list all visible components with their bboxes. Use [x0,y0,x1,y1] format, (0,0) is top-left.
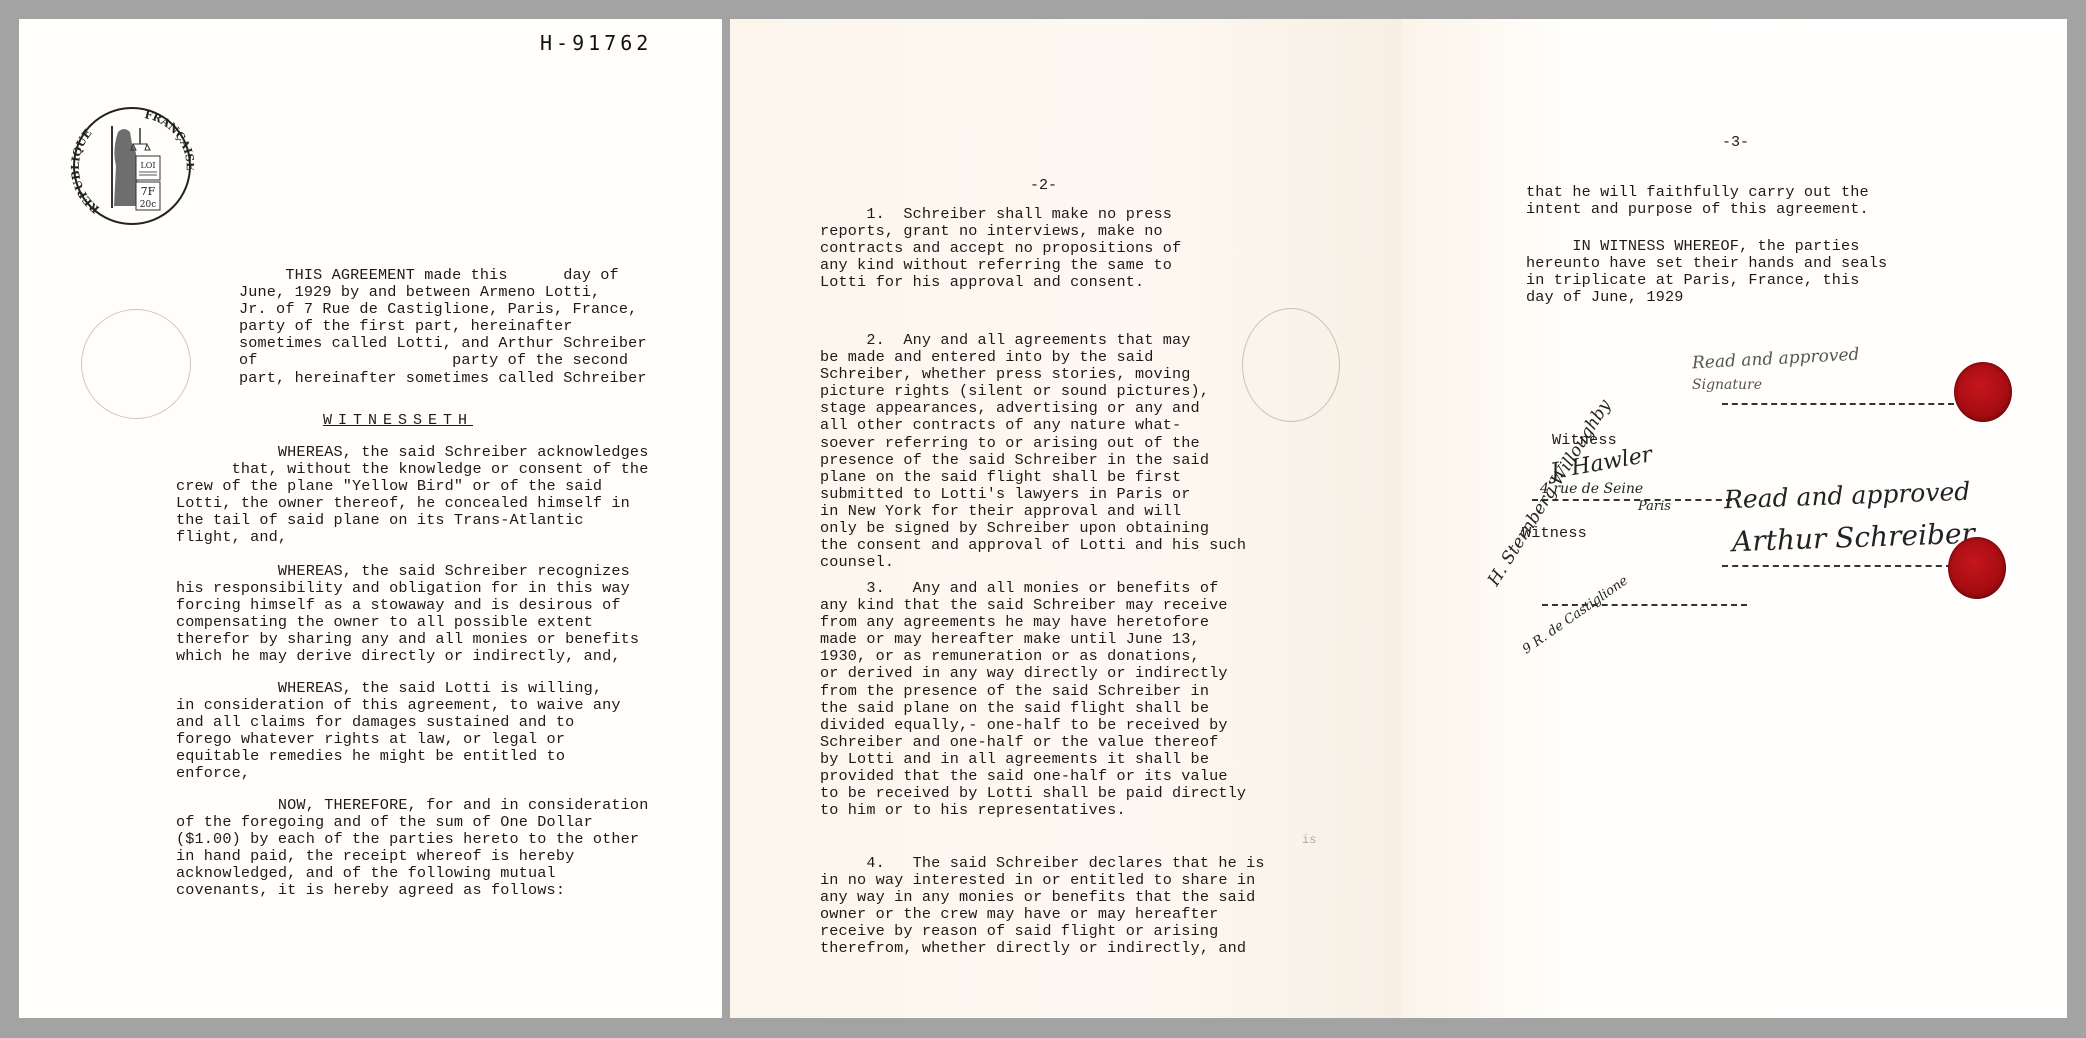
continuation-paragraph: that he will faithfully carry out theint… [1526,184,1869,218]
wax-seal-icon [1954,362,2012,422]
text-line: NOW, THEREFORE, for and in consideration [176,797,648,814]
text-line: of the foregoing and of the sum of One D… [176,814,648,831]
text-line: Jr. of 7 Rue de Castiglione, Paris, Fran… [239,301,647,318]
text-line: in triplicate at Paris, France, this [1526,272,1887,289]
stamp-value-cents: 20c [140,200,157,210]
text-line: Lotti for his approval and consent. [820,274,1181,291]
text-line: that he will faithfully carry out the [1526,184,1869,201]
text-line: forego whatever rights at law, or legal … [176,731,621,748]
text-line: submitted to Lotti's lawyers in Paris or [820,486,1246,503]
text-line: by Lotti and in all agreements it shall … [820,751,1246,768]
text-line: from the presence of the said Schreiber … [820,683,1246,700]
stamp-text-republique: REPUBLIQUE [70,127,102,216]
schreiber-signature: Arthur Schreiber [1731,517,1975,558]
page-2: -2- 1. Schreiber shall make no pressrepo… [730,19,1402,1018]
now-therefore-paragraph: NOW, THEREFORE, for and in consideration… [176,797,648,900]
text-line: divided equally,- one-half to be receive… [820,717,1246,734]
text-line: intent and purpose of this agreement. [1526,201,1869,218]
text-line: June, 1929 by and between Armeno Lotti, [239,284,647,301]
text-line: IN WITNESS WHEREOF, the parties [1526,238,1887,255]
text-line: crew of the plane "Yellow Bird" or of th… [176,478,648,495]
text-line: forcing himself as a stowaway and is des… [176,597,639,614]
text-line: compensating the owner to all possible e… [176,614,639,631]
text-line: WHEREAS, the said Schreiber recognizes [176,563,639,580]
text-line: flight, and, [176,529,648,546]
witness-2-address: 9 R. de Castiglione [1520,573,1631,657]
text-line: and all claims for damages sustained and… [176,714,621,731]
clause-3: 3. Any and all monies or benefits ofany … [820,580,1246,819]
text-line: Schreiber and one-half or the value ther… [820,734,1246,751]
text-line: which he may derive directly or indirect… [176,648,639,665]
witness-2-signature-line [1542,604,1747,606]
text-line: part, hereinafter sometimes called Schre… [239,370,647,387]
text-line: receive by reason of said flight or aris… [820,923,1265,940]
text-line: to be received by Lotti shall be paid di… [820,785,1246,802]
whereas-paragraph-1: WHEREAS, the said Schreiber acknowledges… [176,444,648,547]
text-line: in New York for their approval and will [820,503,1246,520]
text-line: 2. Any and all agreements that may [820,332,1246,349]
text-line: be made and entered into by the said [820,349,1246,366]
text-line: the tail of said plane on its Trans-Atla… [176,512,648,529]
schreiber-signature-line [1722,565,1952,567]
text-line: Lotti, the owner thereof, he concealed h… [176,495,648,512]
whereas-paragraph-2: WHEREAS, the said Schreiber recognizeshi… [176,563,639,666]
page-1: H-91762 REPUBLIQUE FRANÇAISE LOI 7F 20c … [19,19,722,1018]
wax-seal-icon [1948,537,2006,599]
text-line: plane on the said flight shall be first [820,469,1246,486]
text-line: party of the first part, hereinafter [239,318,647,335]
stamp-tablet-text: LOI [140,161,155,170]
text-line: contracts and accept no propositions of [820,240,1181,257]
witnesseth-heading: WITNESSETH [323,412,473,429]
text-line: or derived in any way directly or indire… [820,665,1246,682]
text-line: THIS AGREEMENT made this day of [239,267,647,284]
text-line: in consideration of this agreement, to w… [176,697,621,714]
text-line: any way in any monies or benefits that t… [820,889,1265,906]
lotti-signature-line [1722,403,1954,405]
text-line: provided that the said one-half or its v… [820,768,1246,785]
page-3: -3- that he will faithfully carry out th… [1402,19,2067,1018]
text-line: reports, grant no interviews, make no [820,223,1181,240]
text-line: 1. Schreiber shall make no press [820,206,1181,223]
text-line: that, without the knowledge or consent o… [176,461,648,478]
text-line: counsel. [820,554,1246,571]
intro-paragraph: THIS AGREEMENT made this day ofJune, 192… [239,267,647,387]
text-line: therefrom, whether directly or indirectl… [820,940,1265,957]
text-line: in no way interested in or entitled to s… [820,872,1265,889]
text-line: any kind that the said Schreiber may rec… [820,597,1246,614]
embossed-seal-icon [81,309,191,419]
text-line: his responsibility and obligation for in… [176,580,639,597]
text-line: Schreiber, whether press stories, moving [820,366,1246,383]
clause-2: 2. Any and all agreements that maybe mad… [820,332,1246,571]
lotti-signature-label: Signature [1692,377,1762,393]
text-line: of party of the second [239,352,647,369]
document-number: H-91762 [540,31,652,55]
clause-4: 4. The said Schreiber declares that he i… [820,855,1265,958]
revenue-stamp-icon: REPUBLIQUE FRANÇAISE LOI 7F 20c [70,104,194,228]
text-line: sometimes called Lotti, and Arthur Schre… [239,335,647,352]
page-number: -3- [1722,134,1749,151]
text-line: acknowledged, and of the following mutua… [176,865,648,882]
text-line: WHEREAS, the said Schreiber acknowledges [176,444,648,461]
text-line: the said plane on the said flight shall … [820,700,1246,717]
schreiber-read-approved-note: Read and approved [1724,477,1971,515]
text-line: only be signed by Schreiber upon obtaini… [820,520,1246,537]
text-line: the consent and approval of Lotti and hi… [820,537,1246,554]
text-line: owner or the crew may have or may hereaf… [820,906,1265,923]
witness-1-signature-line [1532,499,1732,501]
lotti-read-approved-note: Read and approved [1692,345,1860,374]
text-line: 1930, or as remuneration or as donations… [820,648,1246,665]
text-line: therefor by sharing any and all monies o… [176,631,639,648]
text-line: stage appearances, advertising or any an… [820,400,1246,417]
text-line: presence of the said Schreiber in the sa… [820,452,1246,469]
text-line: 4. The said Schreiber declares that he i… [820,855,1265,872]
text-line: WHEREAS, the said Lotti is willing, [176,680,621,697]
stamp-value-francs: 7F [141,185,156,198]
text-line: picture rights (silent or sound pictures… [820,383,1246,400]
text-line: equitable remedies he might be entitled … [176,748,621,765]
text-line: ($1.00) by each of the parties hereto to… [176,831,648,848]
text-line: covenants, it is hereby agreed as follow… [176,882,648,899]
text-line: made or may hereafter make until June 13… [820,631,1246,648]
text-line: enforce, [176,765,621,782]
text-line: all other contracts of any nature what- [820,417,1246,434]
text-line: any kind without referring the same to [820,257,1181,274]
in-witness-whereof-paragraph: IN WITNESS WHEREOF, the partieshereunto … [1526,238,1887,306]
text-line: in hand paid, the receipt whereof is her… [176,848,648,865]
clause-1: 1. Schreiber shall make no pressreports,… [820,206,1181,291]
text-line: day of June, 1929 [1526,289,1887,306]
text-line: to him or to his representatives. [820,802,1246,819]
text-line: soever referring to or arising out of th… [820,435,1246,452]
text-line: from any agreements he may have heretofo… [820,614,1246,631]
margin-mark: is [1302,833,1316,847]
witness-1-address-line-2: Paris [1638,499,1671,514]
page-number: -2- [1030,177,1057,194]
embossed-seal-icon [1242,308,1340,422]
whereas-paragraph-3: WHEREAS, the said Lotti is willing,in co… [176,680,621,783]
text-line: 3. Any and all monies or benefits of [820,580,1246,597]
text-line: hereunto have set their hands and seals [1526,255,1887,272]
